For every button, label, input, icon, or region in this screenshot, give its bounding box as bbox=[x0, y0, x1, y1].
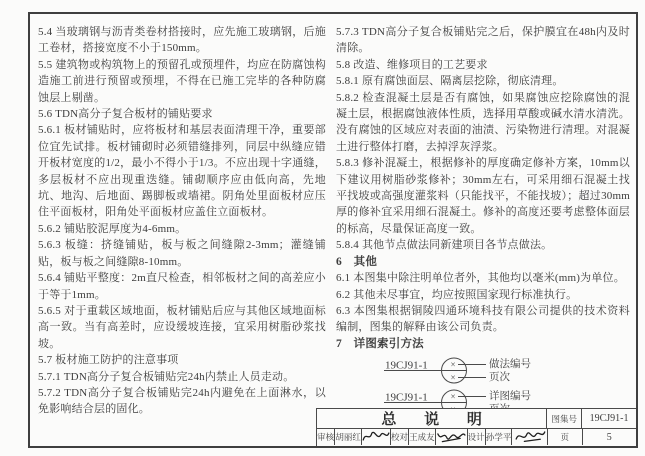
para-5-4: 5.4 当玻璃钢与沥青类卷材搭接时，应先施工玻璃钢，后施工卷材，搭接宽度不小于1… bbox=[38, 24, 326, 57]
para-6-2: 6.2 其他未尽事宜，均应按照国家现行标准执行。 bbox=[336, 287, 630, 303]
para-6-3: 6.3 本图集根据铜陵四通环境科技有限公司提供的技术资料编制，图集的解释由该公司… bbox=[336, 303, 630, 336]
index-labels: 做法编号 页次 bbox=[489, 354, 531, 384]
svg-text:×: × bbox=[451, 360, 456, 370]
heading-6-other: 6 其他 bbox=[336, 254, 630, 270]
sheet-title: 总 说 明 bbox=[317, 409, 546, 428]
designer-signature bbox=[512, 429, 547, 445]
title-block-row-title: 总 说 明 图集号 19CJ91-1 bbox=[317, 409, 636, 429]
signature-icon bbox=[513, 427, 546, 443]
credits-strip: 审核 胡丽红 校对 王成友 设计 孙学平 bbox=[317, 429, 547, 445]
para-5-8-1: 5.8.1 原有腐蚀面层、隔离层挖除，彻底清理。 bbox=[336, 73, 630, 89]
right-column: 5.7.3 TDN高分子复合板铺贴完之后，保护膜宜在48h内及时清除。 5.8 … bbox=[336, 24, 630, 418]
para-5-6-2: 5.6.2 铺贴胶泥厚度为4-6mm。 bbox=[38, 221, 326, 237]
para-5-8-4: 5.8.4 其他节点做法同新建项目各节点做法。 bbox=[336, 237, 630, 253]
svg-text:19CJ91-1: 19CJ91-1 bbox=[385, 392, 428, 404]
atlas-number-value: 19CJ91-1 bbox=[581, 409, 636, 428]
designer-label: 设计 bbox=[468, 429, 486, 445]
para-5-8-3: 5.8.3 修补混凝土，根据修补的厚度确定修补方案，10mm以下建议用树脂砂浆修… bbox=[336, 155, 630, 237]
document-page: 5.4 当玻璃钢与沥青类卷材搭接时，应先施工玻璃钢，后施工卷材，搭接宽度不小于1… bbox=[0, 0, 645, 456]
index-symbol-method: 19CJ91-1 × × 做法编号 页次 bbox=[384, 354, 630, 386]
index-bubble-icon: 19CJ91-1 × × bbox=[384, 354, 487, 386]
reviewer-signature bbox=[362, 429, 391, 445]
signature-icon bbox=[361, 428, 390, 444]
title-block-row-people: 审核 胡丽红 校对 王成友 设计 孙学平 bbox=[317, 429, 636, 445]
atlas-number-label: 图集号 bbox=[546, 409, 581, 428]
para-5-7-1: 5.7.1 TDN高分子复合板铺贴完24h内禁止人员走动。 bbox=[38, 369, 326, 385]
left-column: 5.4 当玻璃钢与沥青类卷材搭接时，应先施工玻璃钢，后施工卷材，搭接宽度不小于1… bbox=[38, 24, 326, 418]
designer-name: 孙学平 bbox=[486, 429, 513, 445]
heading-5-7: 5.7 板材施工防护的注意事项 bbox=[38, 352, 326, 368]
proofreader-signature bbox=[436, 429, 468, 445]
page-number: 5 bbox=[582, 429, 636, 445]
para-5-8-2: 5.8.2 检查混凝土层是否有腐蚀，如果腐蚀应挖除腐蚀的混凝土层，根据腐蚀液体性… bbox=[336, 90, 630, 156]
heading-5-6: 5.6 TDN高分子复合板材的铺贴要求 bbox=[38, 106, 326, 122]
index-bottom-label: 页次 bbox=[489, 371, 531, 384]
reviewer-label: 审核 bbox=[317, 429, 335, 445]
para-5-6-4: 5.6.4 铺贴平整度：2m直尺检查，相邻板材之间的高差应小于等于1mm。 bbox=[38, 270, 326, 303]
page-label: 页 bbox=[547, 429, 582, 445]
svg-text:×: × bbox=[451, 392, 456, 402]
signature-icon bbox=[436, 427, 467, 443]
title-block: 总 说 明 图集号 19CJ91-1 审核 胡丽红 校对 王成友 bbox=[316, 408, 636, 446]
para-5-6-1: 5.6.1 板材铺贴时，应将板材和基层表面清理干净，重要部位宜先试排。板材铺砌时… bbox=[38, 122, 326, 220]
page-border: 5.4 当玻璃钢与沥青类卷材搭接时，应先施工玻璃钢，后施工卷材，搭接宽度不小于1… bbox=[28, 12, 638, 448]
heading-5-8: 5.8 改造、维修项目的工艺要求 bbox=[336, 57, 630, 73]
para-5-7-3: 5.7.3 TDN高分子复合板铺贴完之后，保护膜宜在48h内及时清除。 bbox=[336, 24, 630, 57]
svg-text:19CJ91-1: 19CJ91-1 bbox=[385, 360, 428, 372]
svg-text:×: × bbox=[451, 373, 456, 383]
para-5-5: 5.5 建筑物或构筑物上的预留孔或预埋件，均应在防腐蚀构造施工前进行预留或预埋，… bbox=[38, 57, 326, 106]
para-6-1: 6.1 本图集中除注明单位者外，其他均以毫米(mm)为单位。 bbox=[336, 270, 630, 286]
proofreader-label: 校对 bbox=[391, 429, 409, 445]
index-top-label: 详图编号 bbox=[489, 390, 531, 403]
para-5-6-3: 5.6.3 板缝：挤缝铺贴，板与板之间缝隙2-3mm；灌缝铺贴，板与板之间缝隙8… bbox=[38, 237, 326, 270]
proofreader-name: 王成友 bbox=[409, 429, 436, 445]
para-5-7-2: 5.7.2 TDN高分子复合板铺贴完24h内避免在上面淋水，以免影响结合层的固化… bbox=[38, 385, 326, 418]
heading-7-index-method: 7 详图索引方法 bbox=[336, 336, 630, 352]
index-top-label: 做法编号 bbox=[489, 358, 531, 371]
para-5-6-5: 5.6.5 对于重载区域地面，板材铺贴后应与其他区域地面标高一致。当有高差时，应… bbox=[38, 303, 326, 352]
reviewer-name: 胡丽红 bbox=[335, 429, 362, 445]
